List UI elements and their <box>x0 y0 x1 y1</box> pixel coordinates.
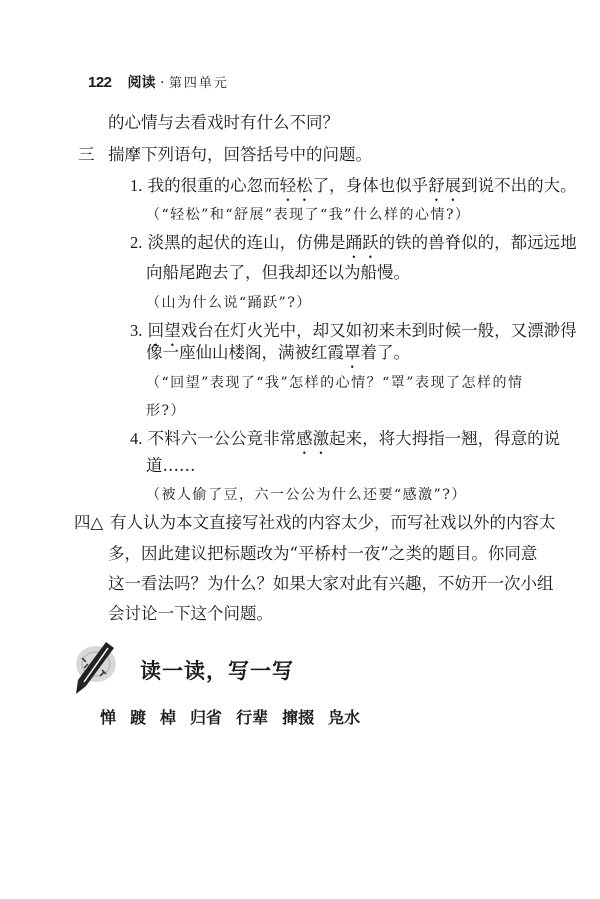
vocab-word: 棹 <box>160 705 176 728</box>
item-1-text: 1. 我的很重的心忽而轻松了，身体也似乎舒展到说不出的大。 <box>130 175 577 197</box>
vocab-word: 撺掇 <box>282 705 314 728</box>
item-3-question-2: 形?） <box>146 400 186 422</box>
q4-line-2: 多，因此建议把标题改为“平桥村一夜”之类的题目。你同意 <box>108 543 537 565</box>
page-header: 122 阅读 · 第四单元 <box>88 72 229 92</box>
q3-label: 三 <box>78 144 95 166</box>
vocab-word: 行辈 <box>236 705 268 728</box>
q4-label: 四△ <box>74 512 103 534</box>
item-3-line-1: 回望戏台在灯火光中，却又如初来未到时候一般，又漂渺得 <box>148 321 577 340</box>
item-4-text: 4. 不料六一公公竟非常感激起来，将大拇指一翘，得意的说 <box>130 428 560 450</box>
separator: · <box>160 75 164 91</box>
item-2-line-2: 向船尾跑去了，但我却还以为船慢。 <box>146 262 410 284</box>
q4-line-1: 有人认为本文直接写社戏的内容太少，而写社戏以外的内容太 <box>110 512 556 534</box>
vocab-word: 凫水 <box>328 705 360 728</box>
vocab-list: 惮 踱 棹 归省 行辈 撺掇 凫水 <box>100 705 360 728</box>
vocab-word: 归省 <box>190 705 222 728</box>
section-title: 读一读，写一写 <box>140 655 294 685</box>
item-1-line-1: 我的很重的心忽而轻松了，身体也似乎舒展到说不出的大。 <box>148 176 577 195</box>
section-label: 阅读 <box>128 75 156 91</box>
item-number: 1. <box>130 176 142 195</box>
item-2-text: 2. 淡黑的起伏的连山，仿佛是踊跃的铁的兽脊似的，都远远地 <box>130 232 577 254</box>
item-number: 2. <box>130 233 142 252</box>
item-3-question-1: （“回望”表现了“我”怎样的心情？“罩”表现了怎样的情 <box>146 372 523 394</box>
pencil-icon <box>72 640 120 696</box>
item-3-line-2: 像一座仙山楼阁，满被红霞罩着了。 <box>146 342 410 364</box>
continued-line: 的心情与去看戏时有什么不同？ <box>108 112 339 134</box>
q4-line-4: 会讨论一下这个问题。 <box>108 603 273 625</box>
item-4-line-1: 不料六一公公竟非常感激起来，将大拇指一翘，得意的说 <box>148 429 561 448</box>
page-number: 122 <box>88 74 112 91</box>
q4-line-3: 这一看法吗？为什么？如果大家对此有兴趣，不妨开一次小组 <box>108 573 554 595</box>
item-1-question: （“轻松”和“舒展”表现了“我”什么样的心情?） <box>146 204 470 226</box>
item-2-question: （山为什么说“踊跃”?） <box>146 292 312 314</box>
item-3-text: 3. 回望戏台在灯火光中，却又如初来未到时候一般，又漂渺得 <box>130 320 577 342</box>
item-number: 3. <box>130 321 142 340</box>
item-2-line-1: 淡黑的起伏的连山，仿佛是踊跃的铁的兽脊似的，都远远地 <box>148 233 577 252</box>
vocab-word: 踱 <box>130 705 146 728</box>
q3-prompt: 揣摩下列语句，回答括号中的问题。 <box>108 144 372 166</box>
item-4-question: （被人偷了豆，六一公公为什么还要“感激”?） <box>146 484 467 506</box>
unit-label: 第四单元 <box>169 76 229 91</box>
running-head: 阅读 · 第四单元 <box>128 72 229 92</box>
item-number: 4. <box>130 429 142 448</box>
item-4-line-2: 道…… <box>146 455 196 477</box>
vocab-word: 惮 <box>100 705 116 728</box>
